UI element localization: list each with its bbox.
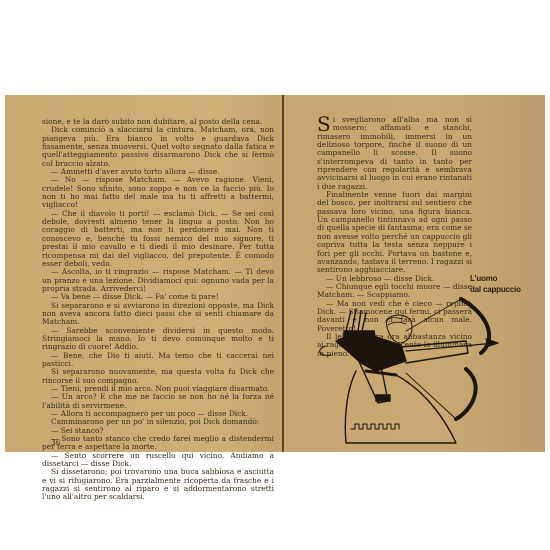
margin-heading-line-1: L'uomo [470,273,530,284]
archer-illustration-icon [306,291,506,449]
paragraph: — Un arco? E che me ne faccio se non ho … [42,393,274,410]
paragraph: Si separarono e si avviarono in direzion… [42,302,274,327]
left-page: sione, e te la darò subito non dubitare,… [5,95,282,452]
paragraph: — Che il diavolo ti porti! — esclamò Dic… [42,210,274,268]
paragraph: — Ascolta, io ti ringrazio — rispose Mat… [42,268,274,293]
paragraph: — Sono tanto stanco che credo farei megl… [42,435,274,452]
paragraph: — No — rispose Matcham. — Avevo ragione.… [42,176,274,209]
paragraph: — Sarebbe sconveniente dividersi in ques… [42,327,274,352]
paragraph: Si separarono nuovamente, ma questa volt… [42,368,274,385]
drop-cap: S [317,116,331,132]
opening-paragraph: Si svegliarono all'alba ma non si mosser… [317,116,472,191]
right-page: Si svegliarono all'alba ma non si mosser… [284,95,545,452]
paragraph: Finalmente venne fuori dai margini del b… [317,191,472,274]
paragraph: — Bene, che Dio ti aiuti. Ma temo che ti… [42,352,274,369]
left-page-body: sione, e te la darò subito non dubitare,… [42,118,274,502]
open-book-spread: sione, e te la darò subito non dubitare,… [5,95,545,452]
paragraph: Si dissetarono; poi trovarono una buca s… [42,468,274,501]
paragraph: Dick cominciò a slacciarsi la cintura. M… [42,126,274,168]
opening-paragraph-text: i svegliarono all'alba ma non si mossero… [317,115,472,191]
paragraph: — Sento scorrere un ruscello qui vicino.… [42,452,274,469]
page-number: 36 [51,438,60,447]
